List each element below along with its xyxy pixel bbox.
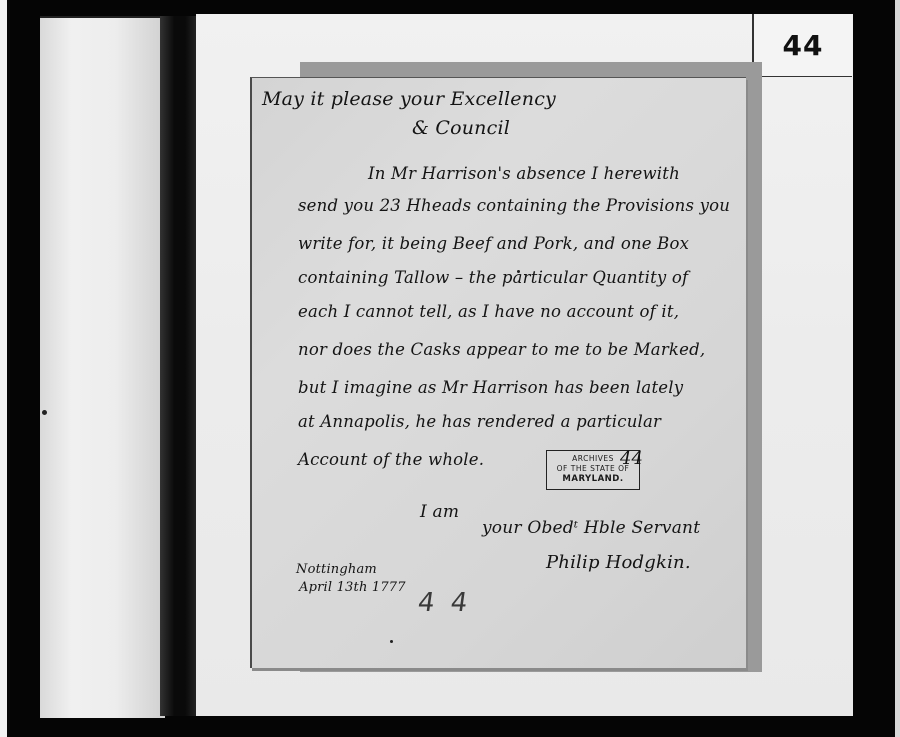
film-edge-right (895, 0, 900, 737)
closing-line-1: I am (420, 502, 459, 522)
place-line: Nottingham (296, 562, 377, 577)
body-line: each I cannot tell, as I have no account… (298, 302, 679, 321)
pencil-folio-number: 4 4 (416, 588, 474, 618)
body-line: but I imagine as Mr Harrison has been la… (298, 378, 683, 397)
stamp-line-3: MARYLAND. (547, 474, 639, 484)
previous-page-strip (40, 16, 165, 718)
stamp-handwritten-number: 44 (620, 448, 643, 469)
body-line: In Mr Harrison's absence I herewith (368, 164, 680, 183)
body-line: write for, it being Beef and Pork, and o… (298, 234, 689, 253)
page-number-tab: 44 (752, 14, 852, 77)
salutation-line-2: & Council (412, 117, 510, 139)
body-line: Account of the whole. (298, 450, 484, 469)
binding-gutter (160, 16, 196, 716)
body-line: send you 23 Hheads containing the Provis… (298, 196, 730, 215)
date-line: April 13th 1777 (299, 580, 406, 595)
body-line: nor does the Casks appear to me to be Ma… (298, 340, 705, 359)
body-line: at Annapolis, he has rendered a particul… (298, 412, 661, 431)
film-speck (517, 270, 520, 273)
salutation-line-1: May it please your Excellency (262, 88, 556, 110)
closing-line-2: your Obedᵗ Hble Servant (482, 518, 700, 538)
film-speck (42, 410, 47, 415)
film-speck (390, 640, 393, 643)
signature: Philip Hodgkin. (546, 552, 691, 573)
page-number: 44 (783, 29, 824, 62)
body-line: containing Tallow – the particular Quant… (298, 268, 688, 287)
film-edge-left (0, 0, 7, 737)
